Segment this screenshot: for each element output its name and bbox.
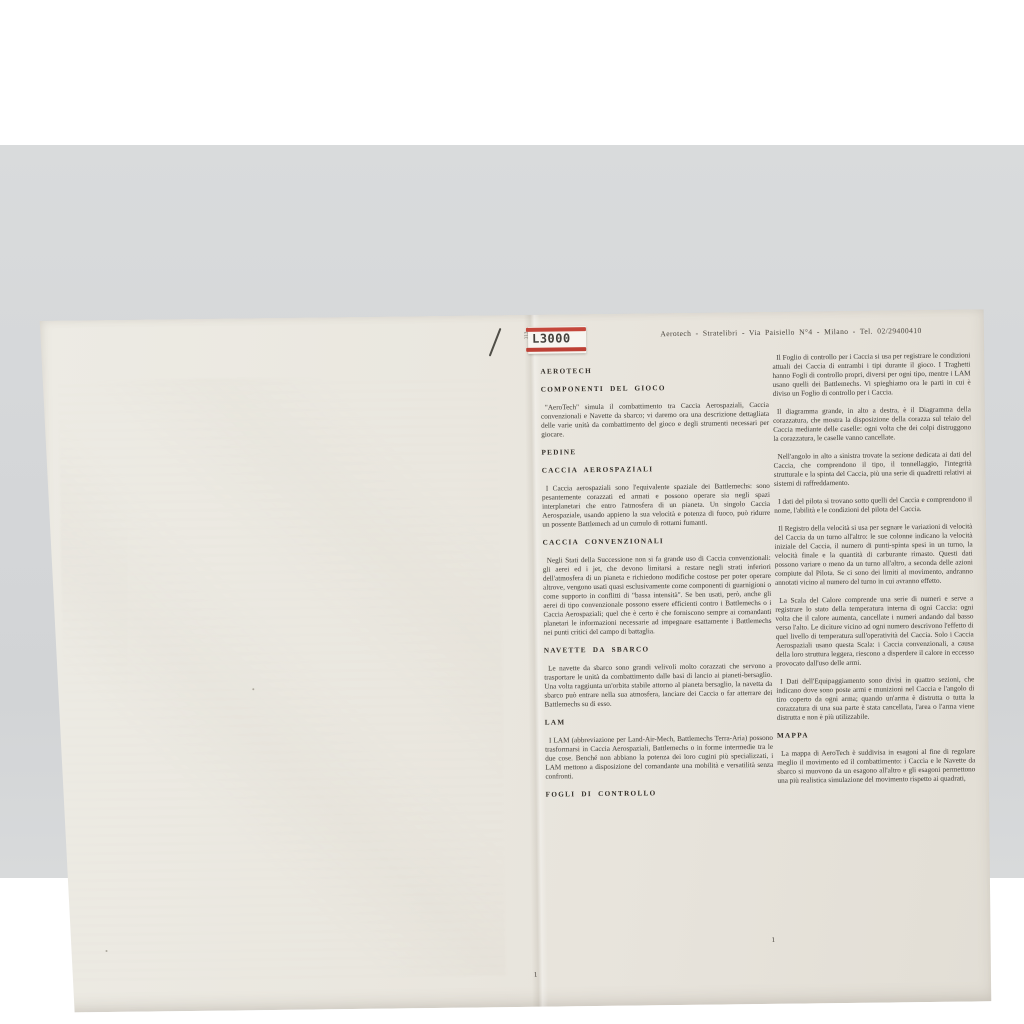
photo-background: L3000 113 Aerotech - Stratelibri - Via P…: [0, 145, 1024, 878]
dust-speck: [106, 950, 108, 952]
publisher-header: Aerotech - Stratelibri - Via Paisiello N…: [626, 326, 956, 339]
page-mark-right: 1: [771, 936, 775, 944]
section-heading: CACCIA CONVENZIONALI: [543, 536, 771, 548]
section-heading: MAPPA: [777, 729, 975, 740]
pen-mark: [489, 328, 502, 357]
ink-bleed-through: [59, 375, 506, 980]
section-heading: NAVETTE DA SBARCO: [544, 644, 772, 656]
section-heading: LAM: [545, 716, 773, 728]
sticker-side-text: 113: [523, 331, 528, 339]
section-heading: PEDINE: [541, 446, 769, 458]
body-paragraph: I Caccia aerospaziali sono l'equivalente…: [542, 482, 771, 530]
page-mark-left: 1: [534, 971, 538, 979]
section-heading: AEROTECH: [540, 365, 768, 377]
body-paragraph: Il diagramma grande, in alto a destra, è…: [773, 405, 971, 443]
section-heading: FOGLI DI CONTROLLO: [546, 788, 774, 800]
price-sticker: L3000 113: [528, 326, 586, 354]
body-paragraph: I Dati dell'Equipaggiamento sono divisi …: [776, 675, 975, 722]
body-paragraph: I dati del pilota si trovano sotto quell…: [774, 495, 972, 515]
section-heading: COMPONENTI DEL GIOCO: [541, 383, 769, 395]
price-text: L3000: [532, 331, 584, 346]
sticker-red-bar-bottom: [526, 347, 586, 352]
left-column: AEROTECHCOMPONENTI DEL GIOCO"AeroTech" s…: [540, 362, 773, 809]
body-paragraph: Il Registro della velocità si usa per se…: [774, 522, 973, 587]
right-column: Il Foglio di controllo per i Caccia si u…: [772, 351, 975, 794]
body-paragraph: Nell'angolo in alto a sinistra trovate l…: [773, 450, 971, 488]
body-paragraph: "AeroTech" simula il combattimento tra C…: [541, 401, 769, 440]
body-paragraph: Negli Stati della Successione non si fa …: [543, 554, 772, 638]
dust-speck: [252, 688, 254, 690]
section-heading: CACCIA AEROSPAZIALI: [542, 464, 770, 476]
body-paragraph: La mappa di AeroTech è suddivisa in esag…: [777, 747, 975, 785]
body-paragraph: I LAM (abbreviazione per Land-Air-Mech, …: [545, 734, 774, 782]
body-paragraph: Il Foglio di controllo per i Caccia si u…: [772, 351, 971, 398]
rulebook-page: L3000 113 Aerotech - Stratelibri - Via P…: [38, 309, 992, 1013]
body-paragraph: Le navette da sbarco sono grandi velivol…: [544, 662, 773, 710]
body-paragraph: La Scala del Calore comprende una serie …: [775, 594, 974, 668]
